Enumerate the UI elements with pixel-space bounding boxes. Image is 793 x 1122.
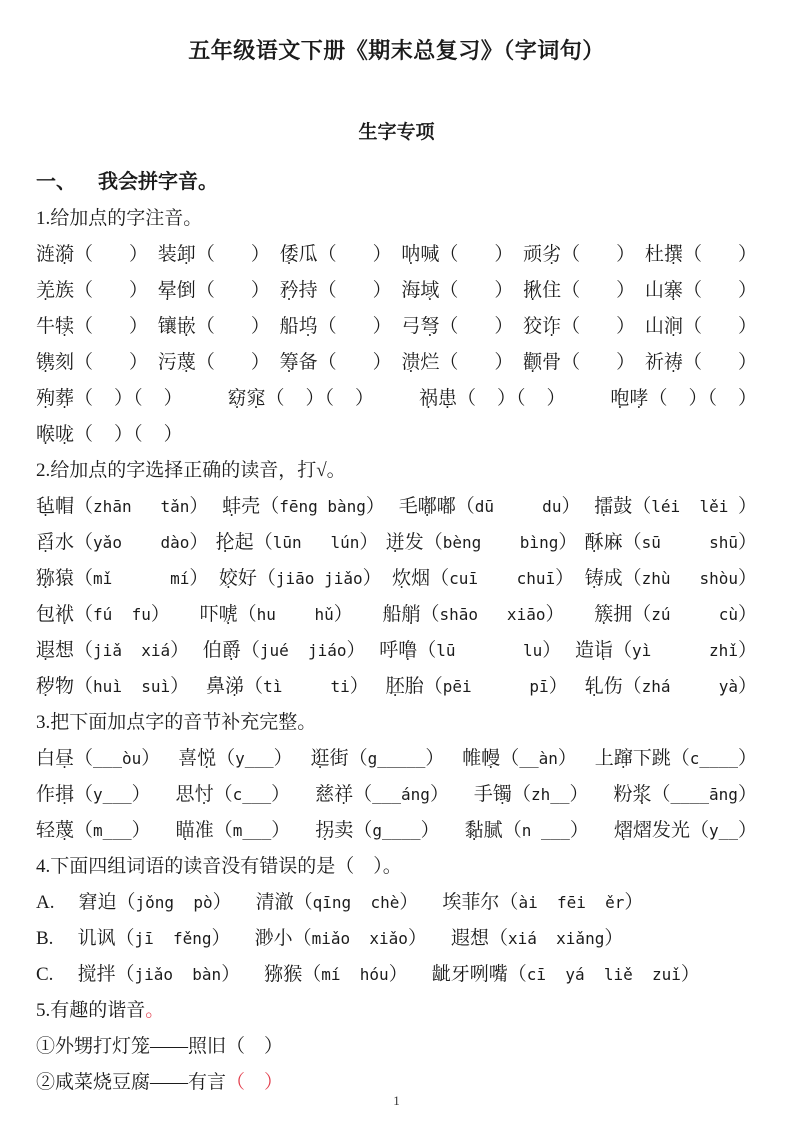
answer-blank: （）: [318, 352, 392, 373]
pinyin-options: （mǐ mí）: [74, 568, 208, 589]
word: 思忖: [176, 784, 214, 805]
char: 舀: [36, 531, 55, 554]
pinyin-text: miǎo xiǎo: [312, 929, 408, 948]
word: 猕猿: [36, 568, 74, 589]
char: 澈: [275, 891, 294, 914]
q1-row: 殉葬（）（）窈窕（）（）祸患（）（）咆哮（）（）: [36, 387, 757, 410]
pinyin-row: 作揖（y___）思忖（c___）慈祥（___áng）手镯（zh__）粉浆（___…: [36, 783, 757, 806]
pinyin-text: zhù shòu: [642, 569, 738, 588]
char: 想: [470, 927, 489, 950]
char: 涕: [225, 675, 244, 698]
answer-blank: （）: [683, 244, 757, 265]
pinyin-item: 拐卖（g____）: [315, 819, 439, 842]
char: 熠: [633, 819, 652, 842]
pinyin-options: （pēi pī）: [424, 676, 568, 697]
char: 准: [195, 819, 214, 842]
pinyin-options: （qīng chè）: [294, 892, 419, 913]
q1-row: 羌族（）晕倒（）矜持（）海域（）揪住（）山寨（）: [36, 279, 757, 302]
pinyin-text: ___òu: [93, 749, 141, 768]
pinyin-options: （tì ti）: [244, 676, 369, 697]
char: 搅: [77, 963, 96, 986]
char: 渺: [255, 927, 274, 950]
q1-row: 喉咙（）（）: [36, 423, 757, 446]
char: 骨: [542, 351, 561, 374]
pinyin-options: （lū lu）: [417, 640, 561, 661]
char: 发: [652, 819, 671, 842]
char: 毡: [36, 495, 55, 518]
answer-blank: （）: [561, 244, 635, 265]
char: 爵: [222, 639, 241, 662]
pinyin-options: （zhù shòu）: [623, 568, 757, 589]
char: 蹿: [614, 747, 633, 770]
answer-blank: （）: [74, 280, 148, 301]
char: 龇: [432, 963, 451, 986]
word: 鼻涕: [206, 676, 244, 697]
pinyin-item: 熠熠发光（y__）: [614, 819, 757, 842]
answer-blank: （）: [266, 388, 325, 409]
pinyin-text: jǒng pò: [136, 893, 213, 912]
char: 倭: [280, 243, 299, 266]
q4-option: A.窘迫（jǒng pò）清澈（qīng chè）埃菲尔（ài fēi ěr）: [36, 891, 757, 914]
pinyin-text: lū lu: [436, 641, 542, 660]
pinyin-item: 胚胎（pēi pī）: [386, 675, 568, 698]
q1-item: 海域（）: [401, 279, 513, 302]
char: 瞄: [176, 819, 195, 842]
q4-option: B.讥讽（jī fěng）渺小（miǎo xiǎo）遐想（xiá xiǎng）: [36, 927, 757, 950]
pinyin-item: 作揖（y___）: [36, 783, 151, 806]
q1-item: 矜持（）: [280, 279, 392, 302]
char: 犊: [55, 315, 74, 338]
char: 筹: [280, 351, 299, 374]
word: 瞄准: [176, 820, 214, 841]
pinyin-item: 毛嘟嘟（dū du）: [399, 495, 581, 518]
word: 上蹿下跳: [595, 748, 671, 769]
pinyin-options: （miǎo xiǎo）: [293, 928, 427, 949]
q1-item: 祸患（）（）: [419, 387, 566, 410]
option-letter: C.: [36, 963, 53, 986]
char: 讥: [77, 927, 96, 950]
char: 熠: [614, 819, 633, 842]
answer-blank: （）: [683, 280, 757, 301]
word: 污蔑: [158, 352, 196, 373]
pinyin-options: （y___）: [216, 748, 293, 769]
word: 秽物: [36, 676, 74, 697]
word: 吓唬: [200, 604, 238, 625]
word: 顽劣: [523, 244, 561, 265]
char: 狡: [523, 315, 542, 338]
char: 祷: [664, 351, 683, 374]
q5-text: ②咸菜烧豆腐——有言: [36, 1072, 226, 1093]
pinyin-item: 呼噜（lū lu）: [379, 639, 561, 662]
char: 猿: [55, 567, 74, 590]
word: 埃菲尔: [442, 892, 499, 913]
word: 涟漪: [36, 244, 74, 265]
char: 猕: [264, 963, 283, 986]
char: 牙: [451, 963, 470, 986]
char: 矜: [280, 279, 299, 302]
word: 窈窕: [227, 388, 265, 409]
pinyin-options: （jiāo jiǎo）: [257, 568, 382, 589]
char: 秽: [36, 675, 55, 698]
pinyin-options: （y___）: [74, 784, 151, 805]
char: 污: [158, 351, 177, 374]
pinyin-row: 包袱（fú fu）吓唬（hu hǔ）船艄（shāo xiāo）簇拥（zú cù）: [36, 603, 757, 626]
q1-row: 涟漪（）装卸（）倭瓜（）呐喊（）顽劣（）杜撰（）: [36, 243, 757, 266]
pinyin-text: pēi pī: [443, 677, 549, 696]
answer-blank: （）: [439, 316, 513, 337]
q5-items: ①外甥打灯笼——照旧（ ）②咸菜烧豆腐——有言（ ）: [36, 1035, 757, 1094]
q4-item: 清澈（qīng chè）: [256, 891, 419, 914]
q1-row: 镌刻（）污蔑（）筹备（）溃烂（）颧骨（）祈祷（）: [36, 351, 757, 374]
q1-item: 筹备（）: [280, 351, 392, 374]
char: 清: [256, 891, 275, 914]
word: 龇牙咧嘴: [432, 964, 508, 985]
q1-item: 揪住（）: [523, 279, 635, 302]
q1-item: 牛犊（）: [36, 315, 148, 338]
q1-item: 狡诈（）: [523, 315, 635, 338]
q4-option: C.搅拌（jiǎo bàn）猕猴（mí hóu）龇牙咧嘴（cī yá liě z…: [36, 963, 757, 986]
part1-heading: 一、 我会拼字音。: [36, 165, 757, 194]
char: 黏: [465, 819, 484, 842]
q5-text: ①外甥打灯笼——照旧: [36, 1036, 226, 1057]
char: 烂: [420, 351, 439, 374]
answer-blank: （）: [707, 388, 757, 409]
pinyin-row: 秽物（huì suì）鼻涕（tì ti）胚胎（pēi pī）轧伤（zhá yà）: [36, 675, 757, 698]
pinyin-item: 轧伤（zhá yà）: [585, 675, 757, 698]
q1-item: 顽劣（）: [523, 243, 635, 266]
q4-item: 龇牙咧嘴（cī yá liě zuǐ）: [432, 963, 700, 986]
pinyin-item: 迸发（bèng bìng）: [386, 531, 578, 554]
pinyin-text: yǎo dào: [93, 533, 189, 552]
word: 镌刻: [36, 352, 74, 373]
word: 簇拥: [594, 604, 632, 625]
pinyin-options: （yǎo dào）: [74, 532, 208, 553]
pinyin-text: g____: [372, 821, 420, 840]
answer-blank: （）: [561, 352, 635, 373]
pinyin-item: 蚌壳（fēng bàng）: [222, 495, 385, 518]
char: 祥: [334, 783, 353, 806]
pinyin-options: （fú fu）: [74, 604, 170, 625]
word: 作揖: [36, 784, 74, 805]
answer-blank: （）: [683, 316, 757, 337]
pinyin-options: （jué jiáo）: [241, 640, 366, 661]
word: 牛犊: [36, 316, 74, 337]
word: 包袱: [36, 604, 74, 625]
answer-blank: （）: [74, 388, 133, 409]
char: 擂: [594, 495, 613, 518]
pinyin-text: xiá xiǎng: [508, 929, 604, 948]
char: 光: [671, 819, 690, 842]
q5-item: ②咸菜烧豆腐——有言（ ）: [36, 1071, 757, 1094]
q4-item: 搅拌（jiǎo bàn）: [77, 963, 240, 986]
pinyin-item: 毡帽（zhān tǎn）: [36, 495, 208, 518]
pinyin-options: （zhá yà）: [623, 676, 757, 697]
word: 祈祷: [645, 352, 683, 373]
page-number: 1: [0, 1093, 793, 1109]
pinyin-text: zhān tǎn: [93, 497, 189, 516]
pinyin-text: m___: [93, 821, 132, 840]
pinyin-text: __àn: [519, 749, 558, 768]
char: 蚌: [222, 495, 241, 518]
char: 作: [36, 783, 55, 806]
q1-item: 镌刻（）: [36, 351, 148, 374]
q1-item: 倭瓜（）: [280, 243, 392, 266]
q1-item: 涟漪（）: [36, 243, 148, 266]
q1-item: 污蔑（）: [158, 351, 270, 374]
pinyin-item: 逛街（g_____）: [311, 747, 445, 770]
pinyin-row: 毡帽（zhān tǎn）蚌壳（fēng bàng）毛嘟嘟（dū du）擂鼓（lé…: [36, 495, 757, 518]
q4-item: 埃菲尔（ài fēi ěr）: [442, 891, 643, 914]
pinyin-text: yì zhǐ: [632, 641, 738, 660]
q4-options: A.窘迫（jǒng pò）清澈（qīng chè）埃菲尔（ài fēi ěr）B…: [36, 891, 757, 986]
q1-item: 窈窕（）（）: [227, 387, 374, 410]
char: 迸: [386, 531, 405, 554]
pinyin-text: sū shū: [642, 533, 738, 552]
pinyin-options: （__àn）: [500, 748, 577, 769]
pinyin-text: jiǎo bàn: [134, 965, 221, 984]
pinyin-options: （mí hóu）: [302, 964, 407, 985]
word: 轧伤: [585, 676, 623, 697]
answer-blank: （）: [74, 316, 148, 337]
q1-row: 牛犊（）镶嵌（）船坞（）弓弩（）狡诈（）山涧（）: [36, 315, 757, 338]
char: 炊: [392, 567, 411, 590]
word: 迸发: [386, 532, 424, 553]
word: 呐喊: [401, 244, 439, 265]
word: 弓弩: [401, 316, 439, 337]
word: 山涧: [645, 316, 683, 337]
q5-label-text: 5.有趣的谐音: [36, 1000, 145, 1021]
word: 毛嘟嘟: [399, 496, 456, 517]
answer-blank: （）: [318, 316, 392, 337]
pinyin-options: （hu hǔ）: [238, 604, 353, 625]
pinyin-text: léi lěi: [651, 497, 738, 516]
char: 遐: [36, 639, 55, 662]
q5-blank: （ ）: [226, 1036, 283, 1057]
char: 喉: [36, 423, 55, 446]
word: 胚胎: [386, 676, 424, 697]
word: 黏腻: [465, 820, 503, 841]
pinyin-options: （y__）: [690, 820, 757, 841]
word: 拐卖: [315, 820, 353, 841]
pinyin-text: jī fěng: [134, 929, 211, 948]
pinyin-text: c____: [690, 749, 738, 768]
char: 造: [575, 639, 594, 662]
char: 唬: [219, 603, 238, 626]
char: 镌: [36, 351, 55, 374]
char: 烟: [411, 567, 430, 590]
char: 抡: [216, 531, 235, 554]
char: 撰: [664, 243, 683, 266]
word: 粉浆: [613, 784, 651, 805]
char: 嘟: [418, 495, 437, 518]
char: 咧: [470, 963, 489, 986]
word: 杜撰: [645, 244, 683, 265]
pinyin-text: ____āng: [671, 785, 738, 804]
answer-blank: （）: [683, 352, 757, 373]
word: 咆哮: [610, 388, 648, 409]
char: 街: [330, 747, 349, 770]
char: 揪: [523, 279, 542, 302]
pinyin-item: 轻蔑（m___）: [36, 819, 151, 842]
char: 发: [405, 531, 424, 554]
pinyin-text: y___: [235, 749, 274, 768]
char: 昼: [55, 747, 74, 770]
char: 麻: [604, 531, 623, 554]
char: 住: [542, 279, 561, 302]
q3-rows: 白昼（___òu）喜悦（y___）逛街（g_____）帷幔（__àn）上蹿下跳（…: [36, 747, 757, 842]
q5-label-punct: 。: [145, 1000, 164, 1021]
word: 呼噜: [379, 640, 417, 661]
pinyin-item: 炊烟（cuī chuī）: [392, 567, 574, 590]
char: 悦: [197, 747, 216, 770]
pinyin-options: （shāo xiāo）: [420, 604, 564, 625]
char: 小: [274, 927, 293, 950]
char: 腻: [484, 819, 503, 842]
char: 轻: [36, 819, 55, 842]
pinyin-item: 上蹿下跳（c____）: [595, 747, 757, 770]
pinyin-options: （zhān tǎn）: [74, 496, 208, 517]
pinyin-options: （c____）: [671, 748, 757, 769]
q1-item: 装卸（）: [158, 243, 270, 266]
word: 筹备: [280, 352, 318, 373]
char: 尔: [480, 891, 499, 914]
word: 喉咙: [36, 424, 74, 445]
word: 手镯: [474, 784, 512, 805]
char: 患: [438, 387, 457, 410]
char: 呼: [379, 639, 398, 662]
pinyin-options: （zh__）: [512, 784, 589, 805]
word: 铸成: [585, 568, 623, 589]
char: 轧: [585, 675, 604, 698]
pinyin-text: qīng chè: [313, 893, 400, 912]
char: 拥: [613, 603, 632, 626]
pinyin-text: y___: [93, 785, 132, 804]
q4-item: 猕猴（mí hóu）: [264, 963, 408, 986]
q5-blank: （ ）: [226, 1072, 283, 1093]
q1-item: 山寨（）: [645, 279, 757, 302]
char: 杜: [645, 243, 664, 266]
pinyin-options: （m___）: [74, 820, 151, 841]
char: 嘟: [437, 495, 456, 518]
word: 羌族: [36, 280, 74, 301]
q1-item: 羌族（）: [36, 279, 148, 302]
pinyin-text: bèng bìng: [443, 533, 559, 552]
pinyin-text: zú cù: [651, 605, 738, 624]
section-header: 生字专项: [36, 117, 757, 144]
q1-item: 喉咙（）（）: [36, 423, 183, 446]
pinyin-text: zhá yà: [642, 677, 738, 696]
answer-blank: （）: [196, 316, 270, 337]
pinyin-row: 白昼（___òu）喜悦（y___）逛街（g_____）帷幔（__àn）上蹿下跳（…: [36, 747, 757, 770]
word: 晕倒: [158, 280, 196, 301]
pinyin-item: 帷幔（__àn）: [462, 747, 577, 770]
char: 晕: [158, 279, 177, 302]
char: 喜: [178, 747, 197, 770]
pinyin-options: （jī fěng）: [115, 928, 230, 949]
word: 镶嵌: [158, 316, 196, 337]
q5-label: 5.有趣的谐音。: [36, 999, 757, 1022]
word: 清澈: [256, 892, 294, 913]
pinyin-options: （lūn lún）: [254, 532, 379, 553]
word: 酥麻: [585, 532, 623, 553]
char: 祸: [419, 387, 438, 410]
pinyin-options: （___áng）: [353, 784, 449, 805]
char: 浆: [632, 783, 651, 806]
char: 域: [420, 279, 439, 302]
pinyin-item: 吓唬（hu hǔ）: [200, 603, 353, 626]
q1-item: 弓弩（）: [401, 315, 513, 338]
pinyin-item: 舀水（yǎo dào）: [36, 531, 208, 554]
pinyin-item: 慈祥（___áng）: [315, 783, 449, 806]
pinyin-text: n ___: [522, 821, 570, 840]
option-letter: B.: [36, 927, 53, 950]
char: 刻: [55, 351, 74, 374]
pinyin-options: （n ___）: [503, 820, 589, 841]
q1-item: 山涧（）: [645, 315, 757, 338]
char: 讽: [96, 927, 115, 950]
word: 倭瓜: [280, 244, 318, 265]
pinyin-options: （sū shū）: [623, 532, 757, 553]
char: 殉: [36, 387, 55, 410]
char: 壳: [241, 495, 260, 518]
answer-blank: （）: [133, 424, 183, 445]
pinyin-options: （m___）: [214, 820, 291, 841]
pinyin-item: 酥麻（sū shū）: [585, 531, 757, 554]
q2-label: 2.给加点的字选择正确的读音，打√。: [36, 459, 757, 482]
char: 嵌: [177, 315, 196, 338]
pinyin-text: shāo xiāo: [440, 605, 546, 624]
char: 山: [645, 279, 664, 302]
word: 狡诈: [523, 316, 561, 337]
pinyin-text: jiāo jiǎo: [276, 569, 363, 588]
char: 卸: [177, 243, 196, 266]
char: 猴: [283, 963, 302, 986]
word: 祸患: [419, 388, 457, 409]
char: 鼻: [206, 675, 225, 698]
word: 造诣: [575, 640, 613, 661]
word: 伯爵: [203, 640, 241, 661]
q1-rows: 涟漪（）装卸（）倭瓜（）呐喊（）顽劣（）杜撰（）羌族（）晕倒（）矜持（）海域（）…: [36, 243, 757, 446]
q4-item: 窘迫（jǒng pò）: [78, 891, 231, 914]
char: 白: [36, 747, 55, 770]
char: 簇: [594, 603, 613, 626]
char: 牛: [36, 315, 55, 338]
pinyin-text: ài fēi ěr: [518, 893, 624, 912]
word: 蚌壳: [222, 496, 260, 517]
answer-blank: （）: [516, 388, 566, 409]
pinyin-options: （cī yá liě zuǐ）: [508, 964, 700, 985]
char: 嘴: [489, 963, 508, 986]
char: 幔: [481, 747, 500, 770]
pinyin-options: （ài fēi ěr）: [499, 892, 643, 913]
pinyin-text: m___: [233, 821, 272, 840]
pinyin-row: 猕猿（mǐ mí）姣好（jiāo jiǎo）炊烟（cuī chuī）铸成（zhù…: [36, 567, 757, 590]
q1-item: 咆哮（）（）: [610, 387, 757, 410]
answer-blank: （）: [74, 424, 133, 445]
char: 物: [55, 675, 74, 698]
char: 弓: [401, 315, 420, 338]
char: 酥: [585, 531, 604, 554]
word: 擂鼓: [594, 496, 632, 517]
pinyin-item: 秽物（huì suì）: [36, 675, 189, 698]
pinyin-text: mǐ mí: [93, 569, 189, 588]
char: 成: [604, 567, 623, 590]
answer-blank: （）: [561, 280, 635, 301]
q4-label: 4.下面四组词语的读音没有错误的是（ ）。: [36, 855, 757, 878]
pinyin-options: （fēng bàng）: [260, 496, 385, 517]
part1-number: 一、: [36, 165, 76, 194]
char: 噜: [398, 639, 417, 662]
